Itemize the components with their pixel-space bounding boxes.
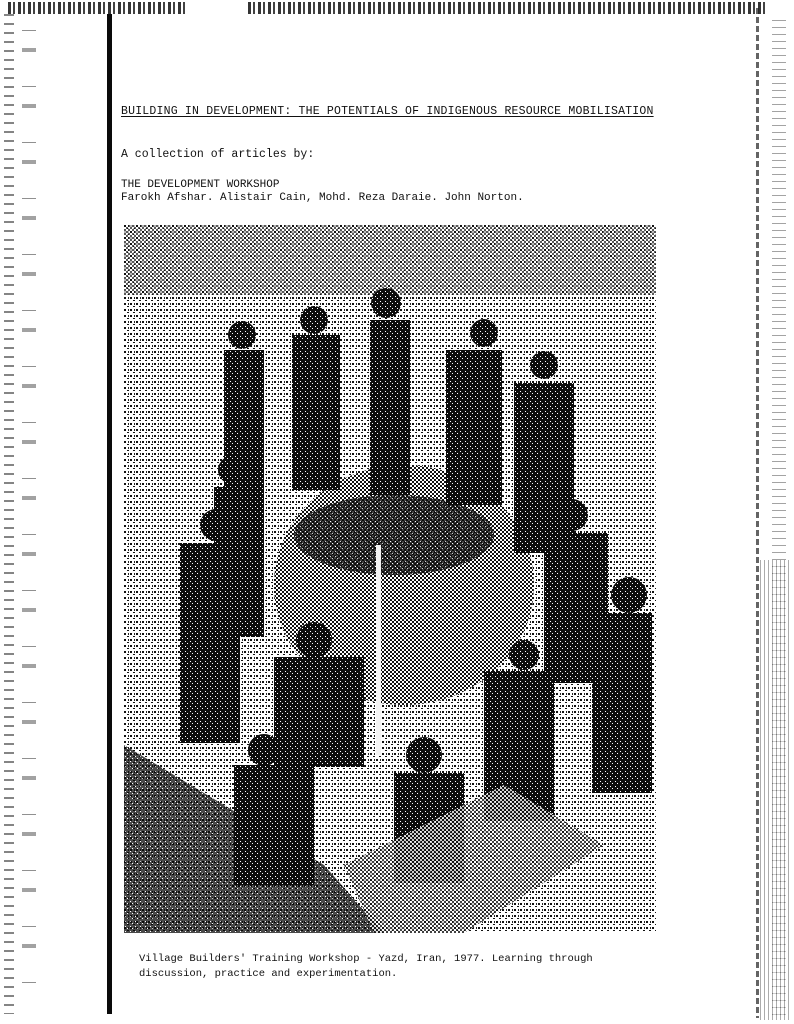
photo-caption: Village Builders' Training Workshop - Ya… (139, 952, 659, 982)
organisation-name: THE DEVELOPMENT WORKSHOP (121, 179, 279, 191)
photo-illustration (124, 225, 656, 933)
scan-noise-top (8, 2, 768, 14)
scan-noise-right-lower (760, 560, 790, 1020)
document-title: BUILDING IN DEVELOPMENT: THE POTENTIALS … (121, 105, 654, 118)
workshop-photo (124, 225, 656, 933)
page-edge-right (756, 8, 759, 1018)
margin-marks (22, 30, 36, 990)
margin-rule (107, 14, 112, 1014)
document-subtitle: A collection of articles by: (121, 148, 314, 161)
author-list: Farokh Afshar. Alistair Cain, Mohd. Reza… (121, 192, 524, 204)
binder-edge (4, 14, 14, 1014)
